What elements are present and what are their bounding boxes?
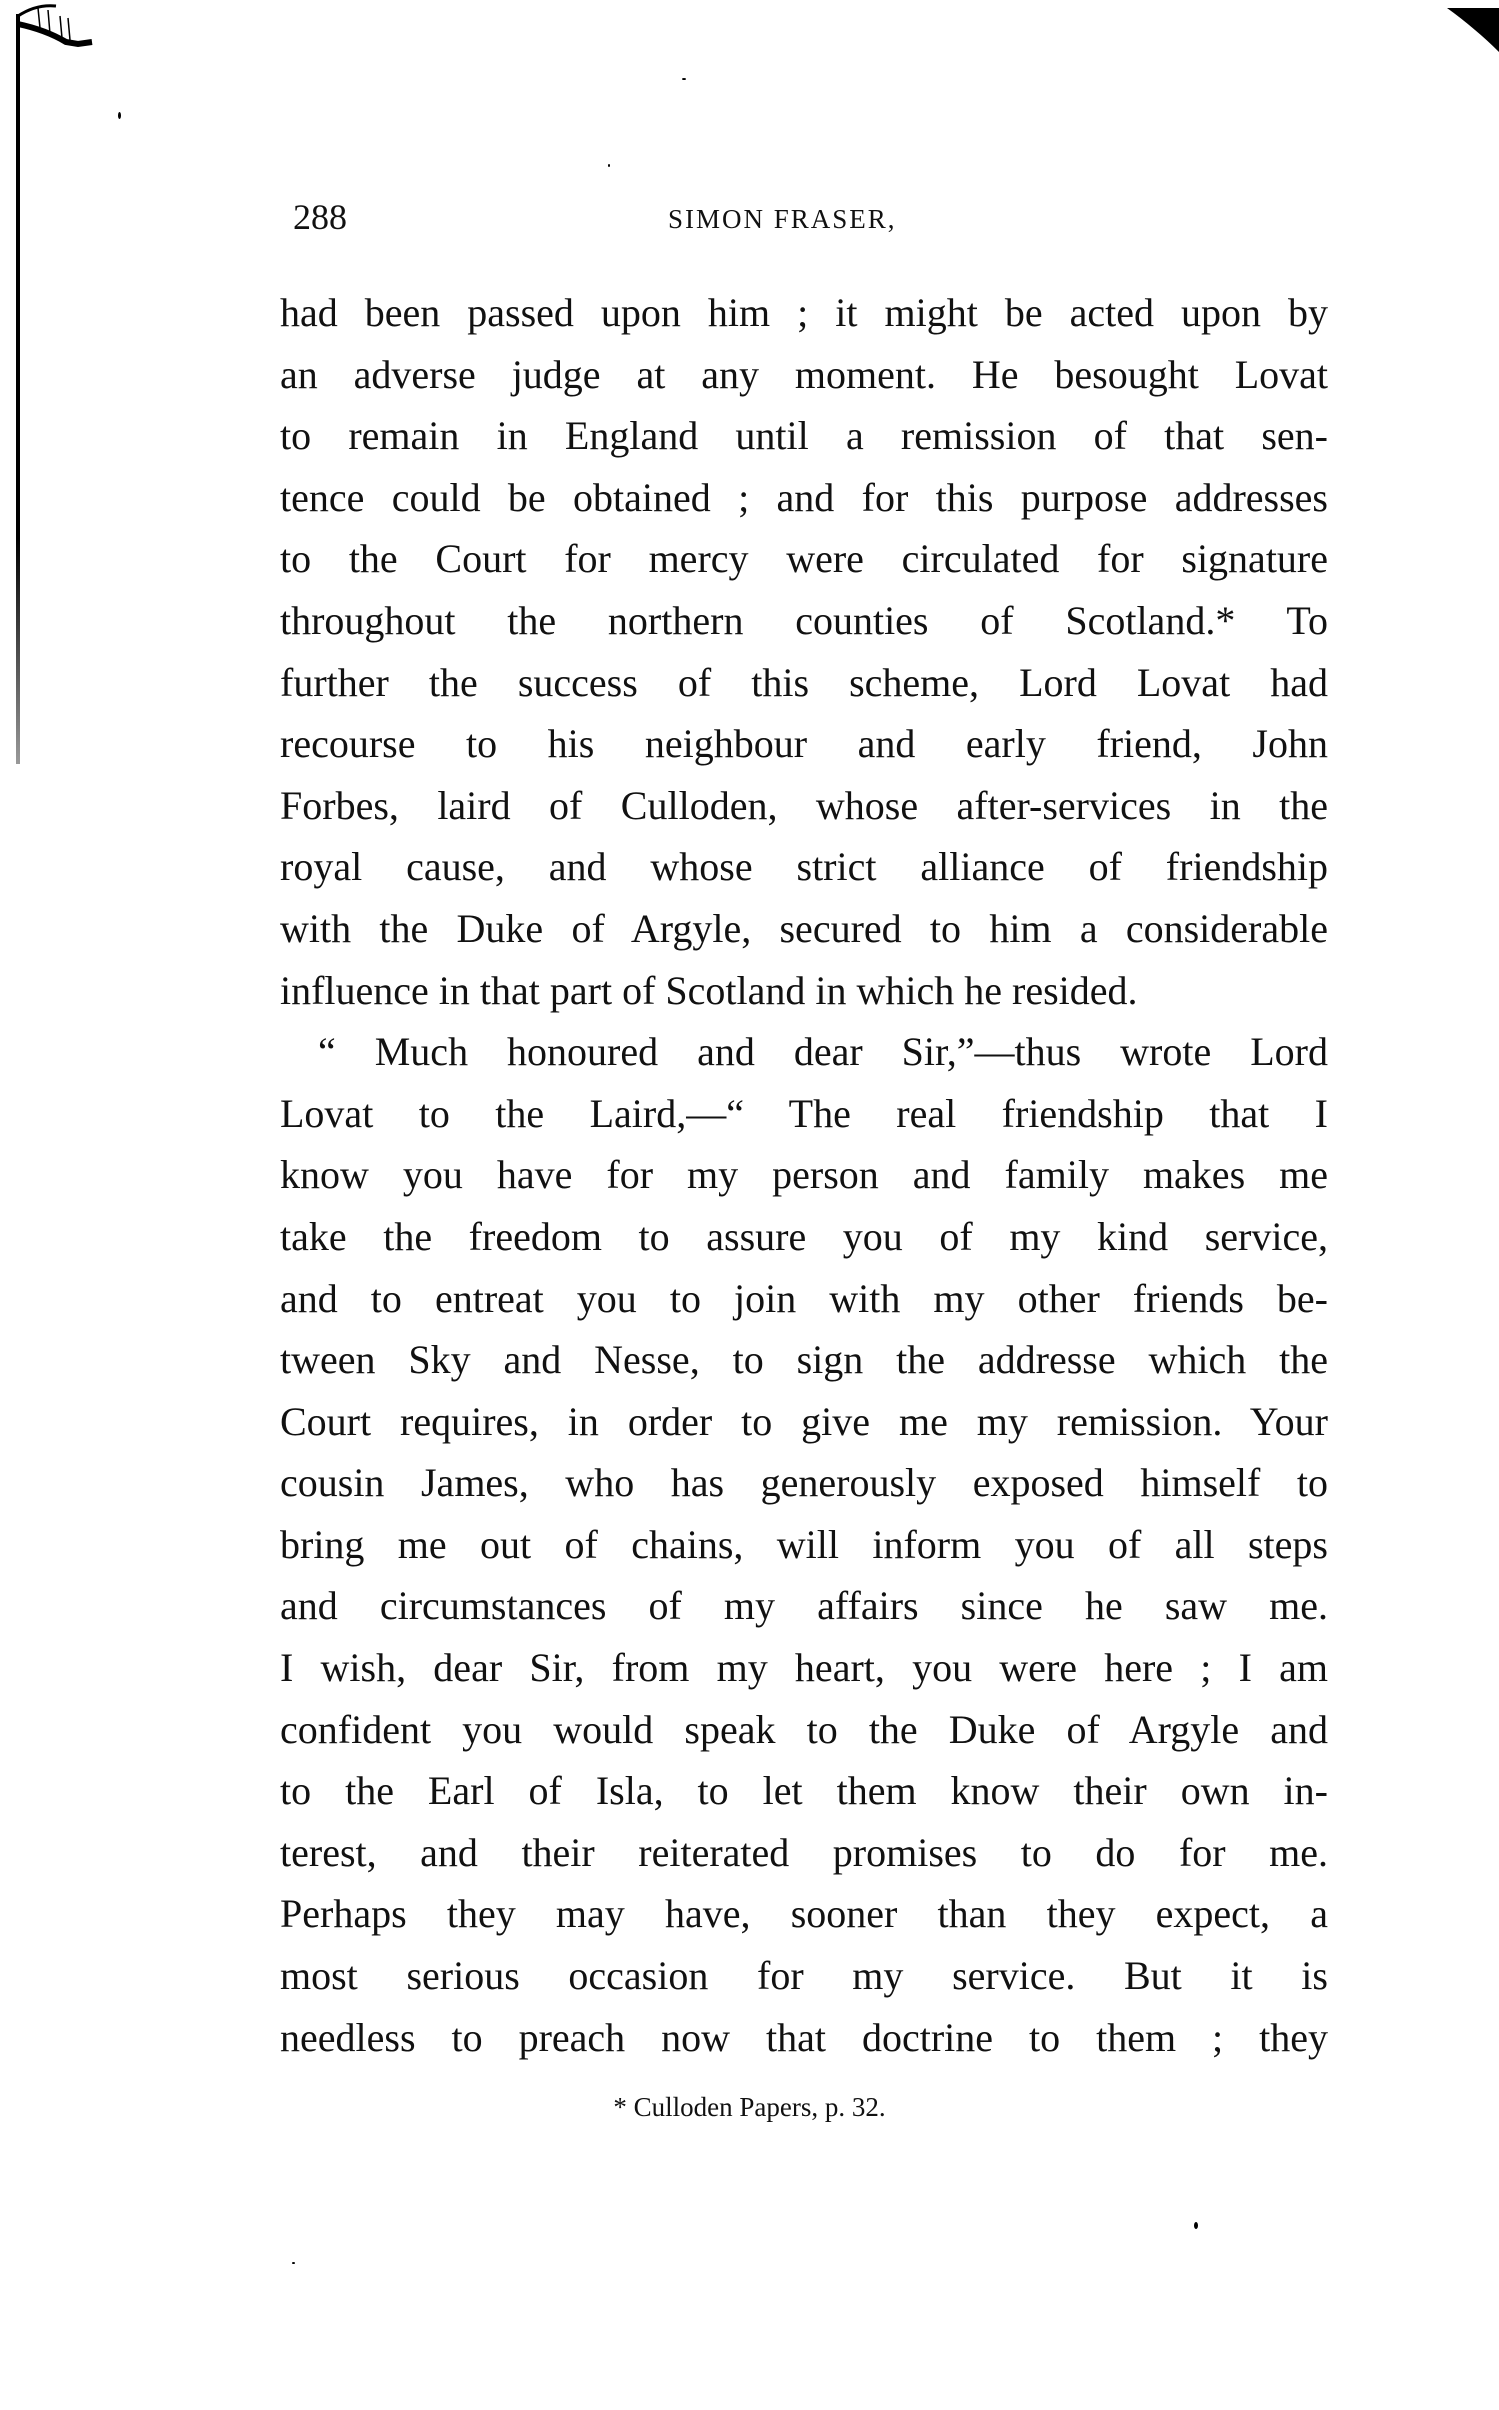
text-line: I wish, dear Sir, from my heart, you wer… [280,1637,1328,1699]
text-line: know you have for my person and family m… [280,1144,1328,1206]
text-line: confident you would speak to the Duke of… [280,1699,1328,1761]
text-line: tence could be obtained ; and for this p… [280,467,1328,529]
text-line: Perhaps they may have, sooner than they … [280,1883,1328,1945]
text-line: take the freedom to assure you of my kin… [280,1206,1328,1268]
text-line: terest, and their reiterated promises to… [280,1822,1328,1884]
text-line: bring me out of chains, will inform you … [280,1514,1328,1576]
text-line: Court requires, in order to give me my r… [280,1391,1328,1453]
text-line: influence in that part of Scotland in wh… [280,960,1328,1022]
running-title: SIMON FRASER, [668,204,897,235]
text-line: to the Court for mercy were circulated f… [280,528,1328,590]
text-line: an adverse judge at any moment. He besou… [280,344,1328,406]
text-line: Lovat to the Laird,—“ The real friendshi… [280,1083,1328,1145]
text-line: royal cause, and whose strict alliance o… [280,836,1328,898]
text-line: and circumstances of my affairs since he… [280,1575,1328,1637]
paragraph: had been passed upon him ; it might be a… [280,282,1328,1021]
page-number: 288 [293,196,347,238]
speck [682,78,686,80]
text-line: had been passed upon him ; it might be a… [280,282,1328,344]
text-line: most serious occasion for my service. Bu… [280,1945,1328,2007]
text-line: to remain in England until a remission o… [280,405,1328,467]
scan-edge-left [16,14,20,764]
text-line: with the Duke of Argyle, secured to him … [280,898,1328,960]
speck [292,2262,295,2264]
text-line: recourse to his neighbour and early frie… [280,713,1328,775]
text-line: further the success of this scheme, Lord… [280,652,1328,714]
speck [1194,2222,1198,2229]
text-line: needless to preach now that doctrine to … [280,2007,1328,2069]
text-line: Forbes, laird of Culloden, whose after-s… [280,775,1328,837]
running-head: 288 SIMON FRASER, [293,196,1328,240]
speck [118,112,121,119]
body-text: had been passed upon him ; it might be a… [280,282,1328,2068]
text-line: and to entreat you to join with my other… [280,1268,1328,1330]
text-line: throughout the northern counties of Scot… [280,590,1328,652]
speck [608,164,610,167]
footnote: * Culloden Papers, p. 32. [0,2092,1499,2123]
text-line: tween Sky and Nesse, to sign the address… [280,1329,1328,1391]
page-corner-artifact [1447,8,1499,52]
text-line: cousin James, who has generously exposed… [280,1452,1328,1514]
paragraph: “ Much honoured and dear Sir,”—thus wrot… [280,1021,1328,2068]
text-line: to the Earl of Isla, to let them know th… [280,1760,1328,1822]
text-line: “ Much honoured and dear Sir,”—thus wrot… [280,1021,1328,1083]
binding-clip-artifact [16,4,96,48]
